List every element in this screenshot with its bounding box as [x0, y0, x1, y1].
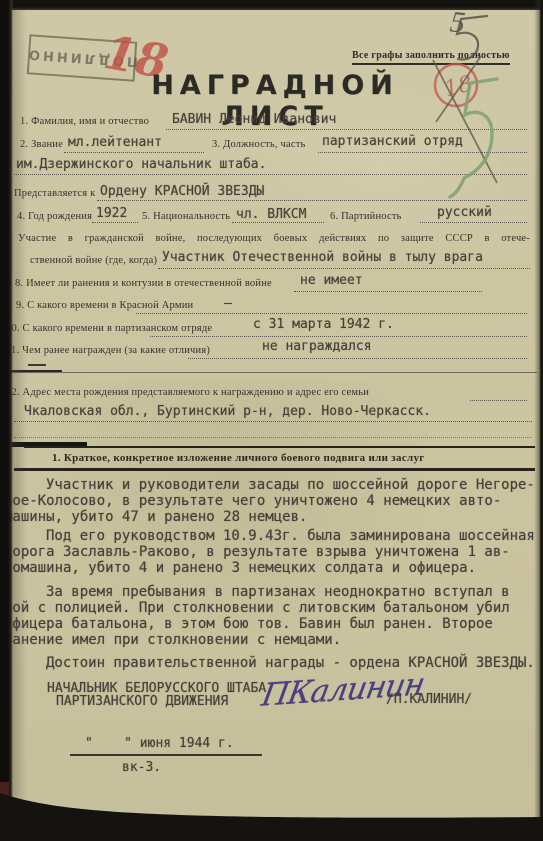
- form-line: [64, 152, 204, 153]
- combat-p2-line2: дорога Заславль-Раково, в результате взр…: [4, 544, 510, 560]
- form-line: [14, 174, 527, 175]
- field-8-value: не имеет: [300, 273, 363, 288]
- field-3-label: 3. Должность, часть: [212, 139, 305, 150]
- signer-name: /П.КАЛИНИН/: [386, 692, 472, 707]
- rule-heavy-top: [24, 446, 535, 448]
- field-7-value: Участник Отечественной войны в тылу враг…: [162, 250, 483, 265]
- field-10-label: 10. С какого времени в партизанском отря…: [6, 323, 212, 334]
- pencil-page-number: 5: [448, 5, 466, 40]
- field-1-value: БАВИН Леонид Иванович: [172, 112, 336, 127]
- form-line: [166, 129, 527, 130]
- field-9-label: 9. С какого времени в Красной Армии: [16, 300, 193, 311]
- field-4-value: 1922: [96, 206, 127, 221]
- field-5-label: 5. Национальность: [142, 211, 230, 222]
- combat-p4-line1: Достоин правительственной награды - орде…: [46, 655, 535, 671]
- field-8-label: 8. Имеет ли ранения и контузии в отечест…: [15, 278, 272, 289]
- present-to-label: Представляется к: [14, 188, 95, 199]
- fill-all-note: Все графы заполнить полностью: [352, 50, 510, 65]
- signer-title-line2: ПАРТИЗАНСКОГО ДВИЖЕНИЯ: [56, 694, 228, 709]
- pencil-cross-stroke: [433, 60, 497, 183]
- blank-dash-mark: [28, 364, 46, 366]
- field-6-value: русский: [437, 205, 492, 220]
- field-11-label: 11. Чем ранее награжден (за какие отличи…: [6, 345, 210, 356]
- form-line: [92, 222, 138, 223]
- form-line: [136, 313, 527, 314]
- combat-p1-line1: Участник и руководители засады по шоссей…: [46, 477, 535, 493]
- date-underline: [70, 754, 262, 756]
- circled-18-text: 18: [442, 71, 475, 102]
- pencil-cross-stroke: [436, 56, 481, 122]
- combat-p2-line3: томашина, убито 4 и ранено 3 немецких со…: [4, 560, 476, 576]
- red-circle-mark: [435, 64, 477, 106]
- combat-p1-line3: машины, убито 47 и ранено 28 немцев.: [4, 509, 307, 525]
- form-line: [97, 200, 527, 201]
- field-2-value: мл.лейтенант: [68, 135, 162, 150]
- form-line: [158, 268, 530, 269]
- form-line: [420, 222, 527, 223]
- field-3-value-continued: им.Дзержинского начальник штаба.: [16, 157, 266, 172]
- page-bottom-curve: [0, 793, 543, 841]
- combat-p3-line1: За время пребывания в партизанах неоднок…: [46, 584, 510, 600]
- field-1-label: 1. Фамилия, имя и отчество: [20, 116, 149, 127]
- form-line: [14, 437, 532, 438]
- scan-edge-right: [534, 0, 543, 841]
- document-code: вк-3.: [122, 760, 161, 775]
- paper-fold-shadow: [13, 10, 27, 841]
- form-line: [294, 291, 482, 292]
- form-line: [470, 400, 527, 401]
- form-line: [232, 222, 324, 223]
- field-7-label-line2: ственной войне (где, когда): [30, 255, 157, 266]
- scan-edge-left: [0, 0, 13, 841]
- field-4-label: 4. Год рождения: [17, 211, 92, 222]
- combat-p3-line3: офицера батальона, в этом бою тов. Бавин…: [4, 616, 493, 632]
- field-3-value: партизанский отряд: [322, 134, 463, 149]
- field-11-value: не награждался: [262, 339, 372, 354]
- field-6-label: 6. Партийность: [330, 211, 402, 222]
- section-divider-line: [0, 372, 537, 373]
- form-line: [14, 421, 532, 422]
- combat-section-heading: 1. Краткое, конкретное изложение личного…: [52, 452, 425, 464]
- combat-p1-line2: лое-Колосово, в результате чего уничтоже…: [4, 493, 501, 509]
- field-9-value: —: [224, 296, 232, 311]
- field-2-label: 2. Звание: [20, 139, 63, 150]
- field-7-label-line1: Участие в гражданской войне, последующих…: [18, 233, 530, 244]
- combat-p2-line1: Под его руководством 10.9.43г. была зами…: [46, 528, 535, 544]
- scan-edge-top: [0, 0, 543, 10]
- date-line: " " июня 1944 г.: [85, 736, 234, 751]
- rule-heavy-bottom: [14, 468, 535, 471]
- form-line: [318, 152, 527, 153]
- field-10-value: с 31 марта 1942 г.: [253, 317, 394, 332]
- form-line: [150, 336, 527, 337]
- combat-p3-line2: бой с полицией. При столкновении с литов…: [4, 600, 510, 616]
- field-12-label: 12. Адрес места рождения представляемого…: [6, 387, 369, 398]
- award-sheet-document: ПОДЛИННО 18 Все графы заполнить полность…: [0, 0, 543, 841]
- field-5-value: чл. ВЛКСМ: [236, 207, 306, 222]
- combat-p3-line4: ранение имел при столкновении с немцами.: [4, 632, 341, 648]
- present-to-value: Ордену КРАСНОЙ ЗВЕЗДЫ: [100, 184, 264, 199]
- field-12-value: Чкаловская обл., Буртинский р-н, дер. Но…: [24, 404, 431, 419]
- form-line: [188, 358, 527, 359]
